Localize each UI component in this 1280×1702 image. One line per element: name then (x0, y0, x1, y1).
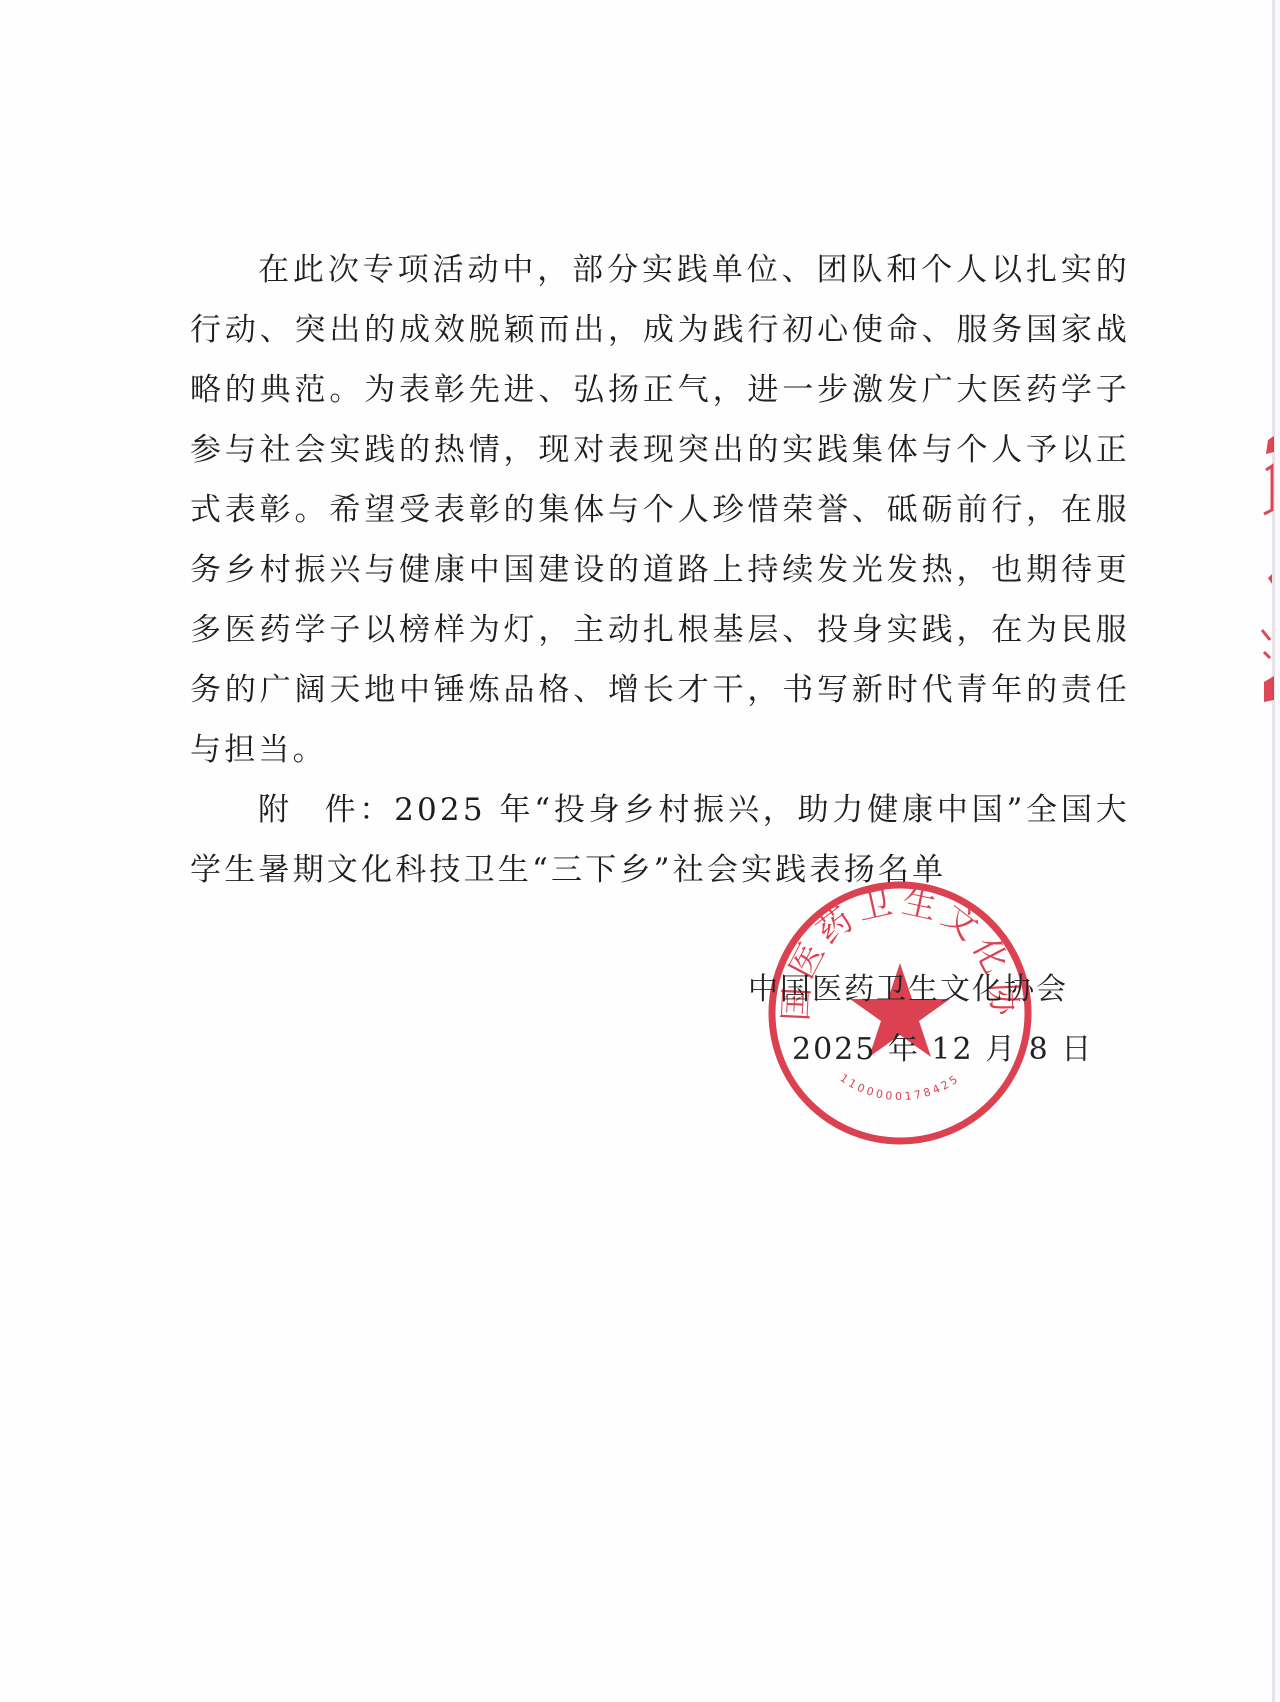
issuing-organization: 中国医药卫生文化协会 (748, 960, 1093, 1020)
document-body: 在此次专项活动中，部分实践单位、团队和个人以扎实的行动、突出的成效脱颖而出，成为… (190, 240, 1130, 900)
page-margin (1275, 0, 1280, 1702)
seam-stamp-fragment (1246, 430, 1276, 710)
body-paragraph: 在此次专项活动中，部分实践单位、团队和个人以扎实的行动、突出的成效脱颖而出，成为… (190, 240, 1130, 780)
attachment-label-1: 附 (258, 792, 293, 828)
attachment-label-2: 件： (324, 792, 394, 828)
signature-block: 中国医药卫生文化协会 2025 年 12 月 8 日 (748, 960, 1093, 1080)
document-page: 在此次专项活动中，部分实践单位、团队和个人以扎实的行动、突出的成效脱颖而出，成为… (0, 0, 1272, 1702)
issue-date: 2025 年 12 月 8 日 (748, 1020, 1093, 1080)
